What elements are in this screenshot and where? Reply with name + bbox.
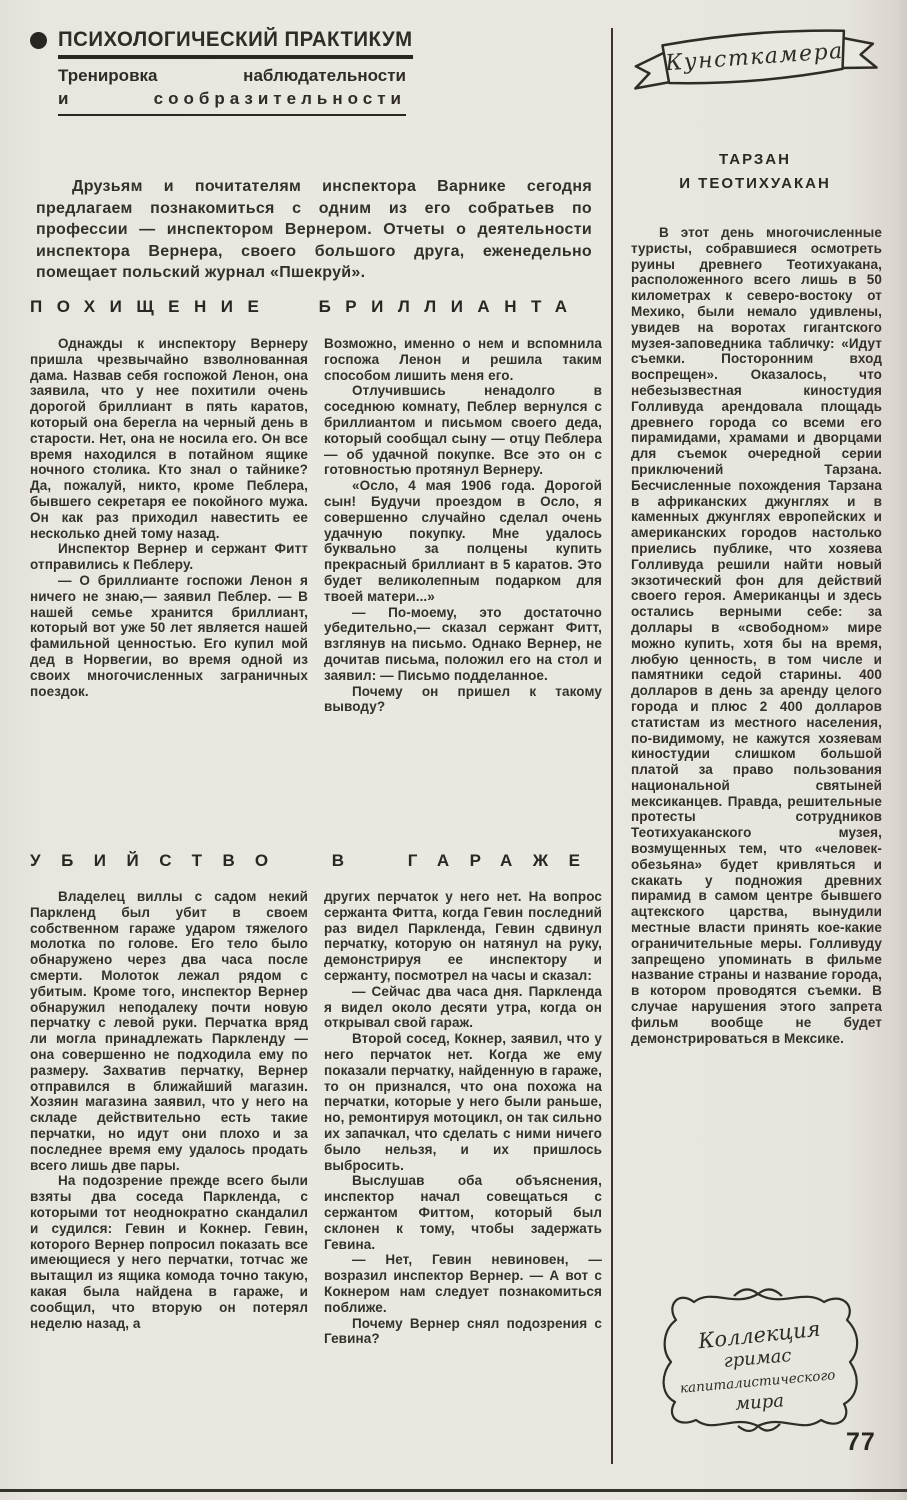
paragraph: Второй сосед, Кокнер, заявил, что у него… (324, 1031, 602, 1173)
paragraph: В этот день многочисленные туристы, собр… (631, 225, 882, 1046)
paragraph: — О бриллианте госпожи Ленон я ничего не… (30, 573, 308, 699)
paragraph: Почему он пришел к такому выводу? (324, 684, 602, 716)
practicum-subtitle: Тренировка наблюдательности и сообразите… (58, 64, 406, 116)
story2-column-1: Владелец виллы с садом некий Паркленд бы… (30, 889, 308, 1455)
article-title: ТАРЗАН И ТЕОТИХУАКАН (622, 148, 888, 196)
paragraph: других перчаток у него нет. На вопрос се… (324, 889, 602, 984)
paragraph: Отлучившись ненадолго в соседнюю комнату… (324, 383, 602, 478)
intro-paragraph: Друзьям и почитателям инспектора Варнике… (36, 176, 592, 284)
subtitle-word: Тренировка (58, 64, 157, 87)
practicum-title: ПСИХОЛОГИЧЕСКИЙ ПРАКТИКУМ (58, 28, 413, 59)
paragraph: Однажды к инспектору Вернеру пришла чрез… (30, 336, 308, 541)
paragraph: Владелец виллы с садом некий Паркленд бы… (30, 889, 308, 1173)
story2-column-2: других перчаток у него нет. На вопрос се… (324, 889, 602, 1455)
paragraph: На подозрение прежде всего были взяты дв… (30, 1173, 308, 1331)
magazine-page: ПСИХОЛОГИЧЕСКИЙ ПРАКТИКУМ Тренировка наб… (0, 0, 907, 1500)
bottom-rule (0, 1489, 907, 1492)
grimace-stamp: Коллекция гримас капиталистического мира (650, 1280, 870, 1440)
paragraph: — Сейчас два часа дня. Паркленда я видел… (324, 984, 602, 1031)
stamp-line: мира (735, 1390, 785, 1414)
subtitle-line-2: и сообразительности (58, 87, 406, 110)
subtitle-line-1: Тренировка наблюдательности (58, 64, 406, 87)
story1-column-2: Возможно, именно о нем и вспомнила госпо… (324, 336, 602, 808)
paragraph: — Нет, Гевин невиновен, — возразил инспе… (324, 1252, 602, 1315)
column-divider-rule (611, 28, 613, 1464)
paragraph: Почему Вернер снял подозрения с Гевина? (324, 1316, 602, 1348)
paragraph: Возможно, именно о нем и вспомнила госпо… (324, 336, 602, 383)
page-number: 77 (846, 1428, 876, 1457)
article-title-line: И ТЕОТИХУАКАН (622, 172, 888, 196)
story1-column-1: Однажды к инспектору Вернеру пришла чрез… (30, 336, 308, 808)
story2-title: УБИЙСТВО В ГАРАЖЕ (30, 851, 608, 871)
article-text: В этот день многочисленные туристы, собр… (631, 225, 882, 1247)
story1-columns: Однажды к инспектору Вернеру пришла чрез… (30, 336, 602, 808)
story1-title: ПОХИЩЕНИЕ БРИЛЛИАНТА (30, 297, 608, 317)
article-title-line: ТАРЗАН (622, 148, 888, 172)
paragraph: Выслушав оба объяснения, инспектор начал… (324, 1173, 602, 1252)
subtitle-word: и (58, 87, 68, 110)
subtitle-word: сообразительности (154, 87, 406, 110)
story2-columns: Владелец виллы с садом некий Паркленд бы… (30, 889, 602, 1455)
bullet-icon (30, 32, 47, 49)
paragraph: — По-моему, это достаточно убедительно,—… (324, 605, 602, 684)
practicum-header: ПСИХОЛОГИЧЕСКИЙ ПРАКТИКУМ Тренировка наб… (30, 28, 410, 116)
subtitle-word: наблюдательности (243, 64, 406, 87)
stamp-line: гримас (723, 1345, 793, 1372)
paragraph: «Осло, 4 мая 1906 года. Дорогой сын! Буд… (324, 478, 602, 604)
kunstkamera-banner: Кунсткамера (628, 22, 882, 106)
paragraph: Инспектор Вернер и сержант Фитт отправил… (30, 541, 308, 573)
subtitle-rule (58, 114, 406, 116)
